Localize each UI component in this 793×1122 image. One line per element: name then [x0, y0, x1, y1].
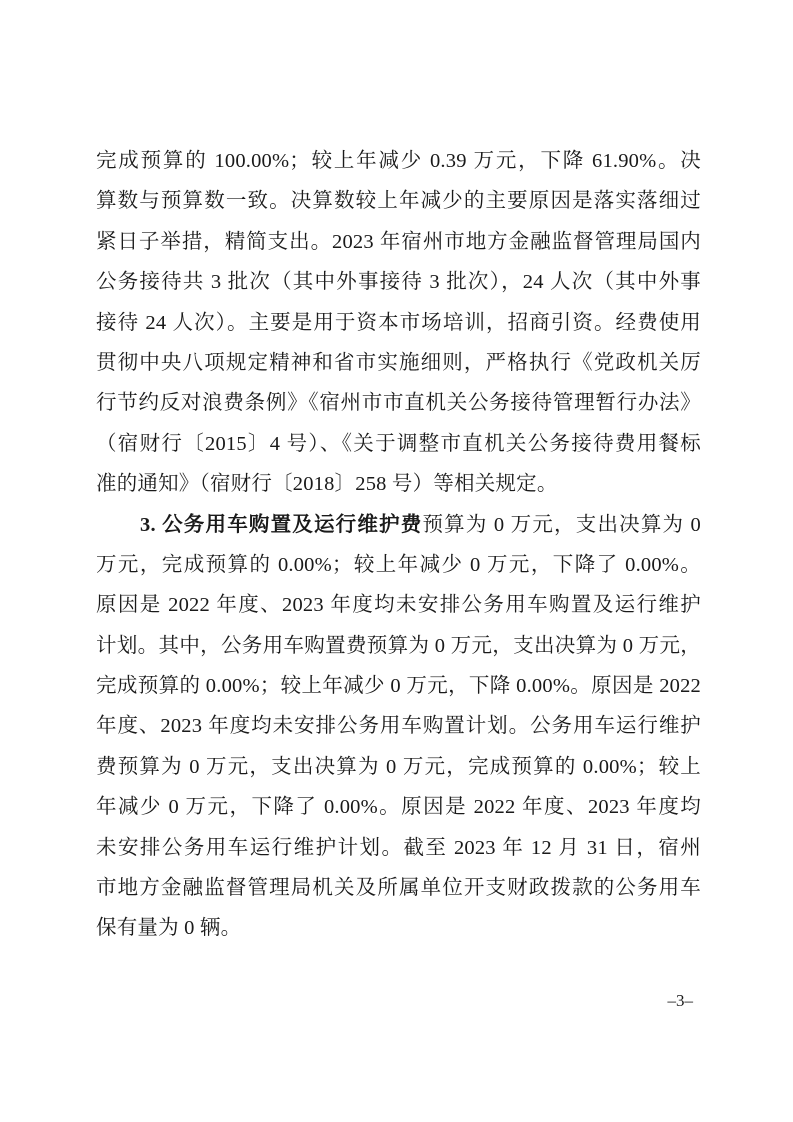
body-text-line: 贯彻中央八项规定精神和省市实施细则，严格执行《党政机关厉	[96, 343, 701, 383]
body-text-line: 市地方金融监督管理局机关及所属单位开支财政拨款的公务用车	[96, 868, 701, 908]
body-text-line: 保有量为 0 辆。	[96, 908, 701, 948]
body-text-line: 年度、2023 年度均未安排公务用车购置计划。公务用车运行维护	[96, 706, 701, 746]
body-text-line: 接待 24 人次）。主要是用于资本市场培训，招商引资。经费使用	[96, 303, 701, 343]
page-number: –3–	[0, 991, 793, 1011]
body-text-line: 未安排公务用车运行维护计划。截至 2023 年 12 月 31 日，宿州	[96, 828, 701, 868]
body-text-line: 完成预算的 100.00%；较上年减少 0.39 万元，下降 61.90%。决	[96, 141, 701, 181]
body-text-line: 准的通知》（宿财行〔2018〕258 号）等相关规定。	[96, 464, 701, 504]
body-text-line: （宿财行〔2015〕4 号）、《关于调整市直机关公务接待费用餐标	[96, 424, 701, 464]
body-text-line: 原因是 2022 年度、2023 年度均未安排公务用车购置及运行维护	[96, 585, 701, 625]
body-text-line: 完成预算的 0.00%；较上年减少 0 万元，下降 0.00%。原因是 2022	[96, 666, 701, 706]
body-text-line: 费预算为 0 万元，支出决算为 0 万元，完成预算的 0.00%；较上	[96, 747, 701, 787]
body-text-line: 计划。其中，公务用车购置费预算为 0 万元，支出决算为 0 万元，	[96, 626, 701, 666]
body-text-line: 年减少 0 万元，下降了 0.00%。原因是 2022 年度、2023 年度均	[96, 787, 701, 827]
body-text-line: 紧日子举措，精简支出。2023 年宿州市地方金融监督管理局国内	[96, 222, 701, 262]
body-text-line: 算数与预算数一致。决算数较上年减少的主要原因是落实落细过	[96, 181, 701, 221]
body-text-line: 万元，完成预算的 0.00%；较上年减少 0 万元，下降了 0.00%。	[96, 545, 701, 585]
section-first-line-text: 预算为 0 万元，支出决算为 0	[422, 514, 701, 536]
document-text-block: 完成预算的 100.00%；较上年减少 0.39 万元，下降 61.90%。决 …	[96, 141, 701, 949]
body-text-line: 公务接待共 3 批次（其中外事接待 3 批次），24 人次（其中外事	[96, 262, 701, 302]
body-text-line: 行节约反对浪费条例》《宿州市市直机关公务接待管理暂行办法》	[96, 383, 701, 423]
body-text-line: 3. 公务用车购置及运行维护费预算为 0 万元，支出决算为 0	[96, 505, 701, 545]
document-page: 完成预算的 100.00%；较上年减少 0.39 万元，下降 61.90%。决 …	[0, 0, 793, 1122]
section-heading-bold: 3. 公务用车购置及运行维护费	[140, 514, 422, 536]
